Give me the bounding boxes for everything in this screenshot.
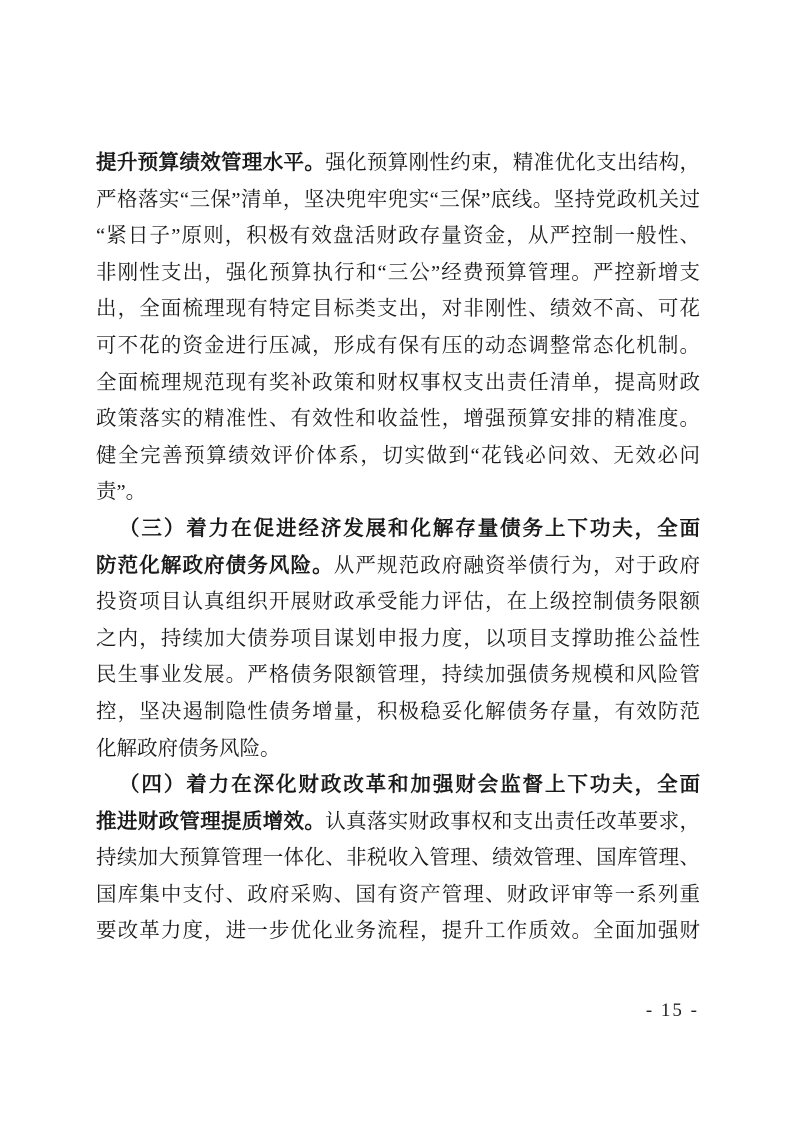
line-text: 控，坚决遏制隐性债务增量，积极稳妥化解债务存量，有效防范 [96,701,700,723]
line-text: 之内，持续加大债券项目谋划申报力度，以项目支撑助推公益性 [96,628,700,650]
line-text: 从严规范政府融资举债行为，对于政府 [334,555,700,577]
line-text: 认真落实财政事权和支出责任改革要求， [325,811,700,833]
line-text: 持续加大预算管理一体化、非税收入管理、绩效管理、国库管理、 [96,847,700,869]
text-line: 之内，持续加大债券项目谋划申报力度，以项目支撑助推公益性 [96,621,700,658]
text-line: 持续加大预算管理一体化、非税收入管理、绩效管理、国库管理、 [96,840,700,877]
line-text: 要改革力度，进一步优化业务流程，提升工作质效。全面加强财 [96,920,700,942]
line-text: 可不花的资金进行压减，形成有保有压的动态调整常态化机制。 [96,335,700,357]
line-text: 投资项目认真组织开展财政承受能力评估，在上级控制债务限额 [96,591,700,613]
text-line: 控，坚决遏制隐性债务增量，积极稳妥化解债务存量，有效防范 [96,694,700,731]
bold-lead-text: 推进财政管理提质增效。 [96,811,325,833]
text-line: 提升预算绩效管理水平。强化预算刚性约束，精准优化支出结构， [96,145,700,182]
line-text: 出，全面梳理现有特定目标类支出，对非刚性、绩效不高、可花 [96,298,700,320]
line-text: 健全完善预算绩效评价体系，切实做到“花钱必问效、无效必问 [96,445,700,467]
bold-lead-text: 防范化解政府债务风险。 [96,555,334,577]
text-line: 责”。 [96,474,700,511]
text-line: （三）着力在促进经济发展和化解存量债务上下功夫，全面 [96,511,700,548]
text-line: 防范化解政府债务风险。从严规范政府融资举债行为，对于政府 [96,548,700,585]
text-line: 推进财政管理提质增效。认真落实财政事权和支出责任改革要求， [96,804,700,841]
text-line: 可不花的资金进行压减，形成有保有压的动态调整常态化机制。 [96,328,700,365]
text-line: 健全完善预算绩效评价体系，切实做到“花钱必问效、无效必问 [96,438,700,475]
page-number: - 15 - [646,1000,699,1022]
line-text: 严格落实“三保”清单，坚决兜牢兜实“三保”底线。坚持党政机关过 [96,189,700,211]
line-text: “紧日子”原则，积极有效盘活财政存量资金，从严控制一般性、 [96,225,700,247]
text-line: 要改革力度，进一步优化业务流程，提升工作质效。全面加强财 [96,913,700,950]
bold-lead-text: （三）着力在促进经济发展和化解存量债务上下功夫，全面 [119,518,700,540]
line-text: 责”。 [96,481,146,503]
bold-lead-text: 提升预算绩效管理水平。 [96,152,325,174]
line-text: 政策落实的精准性、有效性和收益性，增强预算安排的精准度。 [96,408,700,430]
text-line: 非刚性支出，强化预算执行和“三公”经费预算管理。严控新增支 [96,255,700,292]
body-text: 提升预算绩效管理水平。强化预算刚性约束，精准优化支出结构，严格落实“三保”清单，… [96,145,700,950]
line-text: 民生事业发展。严格债务限额管理，持续加强债务规模和风险管 [96,664,700,686]
text-line: 国库集中支付、政府采购、国有资产管理、财政评审等一系列重 [96,877,700,914]
line-text: 非刚性支出，强化预算执行和“三公”经费预算管理。严控新增支 [96,262,700,284]
text-line: 政策落实的精准性、有效性和收益性，增强预算安排的精准度。 [96,401,700,438]
text-line: 出，全面梳理现有特定目标类支出，对非刚性、绩效不高、可花 [96,291,700,328]
line-text: 化解政府债务风险。 [96,738,281,760]
text-line: 严格落实“三保”清单，坚决兜牢兜实“三保”底线。坚持党政机关过 [96,182,700,219]
line-text: 全面梳理规范现有奖补政策和财权事权支出责任清单，提高财政 [96,372,700,394]
line-text: 国库集中支付、政府采购、国有资产管理、财政评审等一系列重 [96,884,700,906]
text-line: （四）着力在深化财政改革和加强财会监督上下功夫，全面 [96,767,700,804]
text-line: 全面梳理规范现有奖补政策和财权事权支出责任清单，提高财政 [96,365,700,402]
text-line: “紧日子”原则，积极有效盘活财政存量资金，从严控制一般性、 [96,218,700,255]
bold-lead-text: （四）着力在深化财政改革和加强财会监督上下功夫，全面 [119,774,700,796]
text-line: 化解政府债务风险。 [96,731,700,768]
text-line: 投资项目认真组织开展财政承受能力评估，在上级控制债务限额 [96,584,700,621]
text-line: 民生事业发展。严格债务限额管理，持续加强债务规模和风险管 [96,657,700,694]
document-page: 提升预算绩效管理水平。强化预算刚性约束，精准优化支出结构，严格落实“三保”清单，… [0,0,793,1122]
line-text: 强化预算刚性约束，精准优化支出结构， [325,152,700,174]
